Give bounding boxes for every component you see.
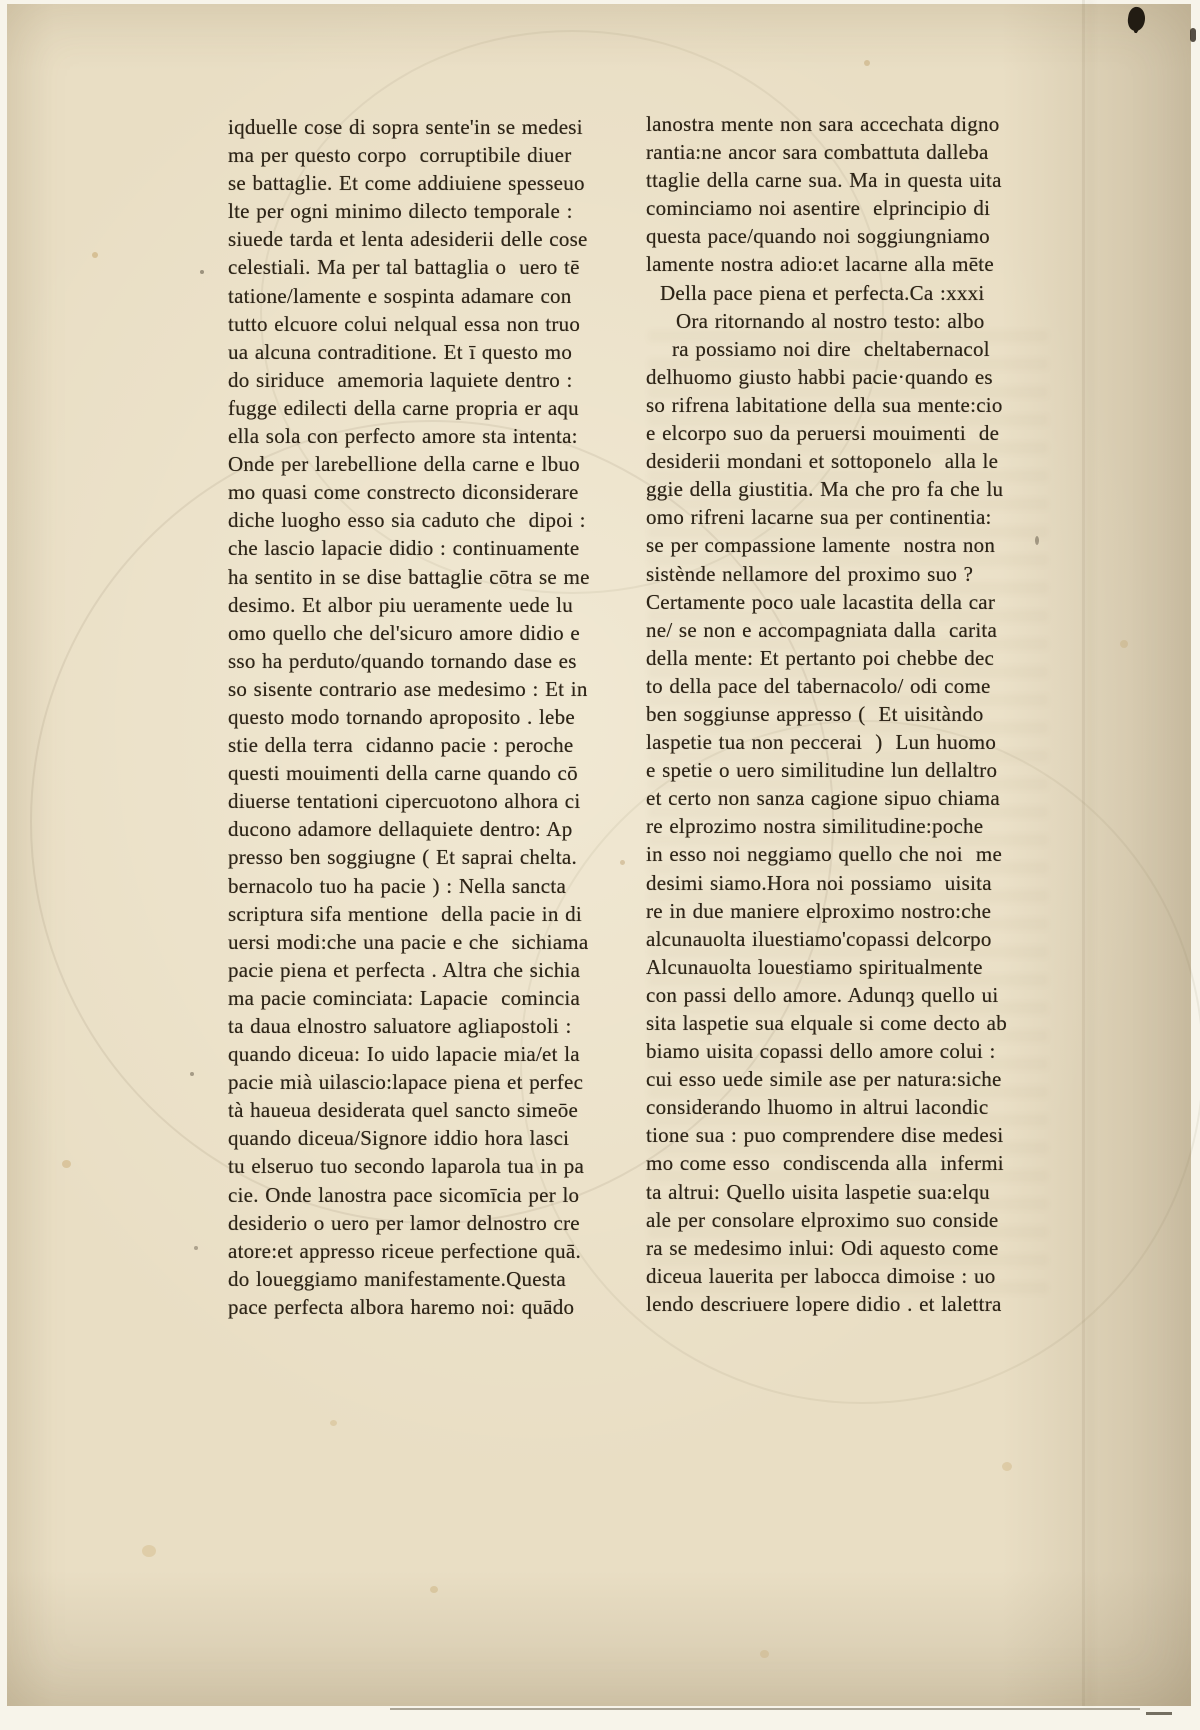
- left-column-line-15: diche luogho esso sia caduto che dipoi :: [228, 506, 640, 534]
- right-column-line-2: rantia:ne ancor sara combattuta dalleba: [646, 138, 1058, 166]
- right-column-line-33: sita laspetie sua elquale si come decto …: [646, 1009, 1058, 1037]
- left-column-line-2: ma per questo corpo corruptibile diuer: [228, 141, 640, 169]
- right-column-line-27: in esso noi neggiamo quello che noi me: [646, 840, 1058, 868]
- left-column-line-43: pace perfecta albora haremo noi: quādo: [228, 1293, 640, 1321]
- left-column-line-21: so sisente contrario ase medesimo : Et i…: [228, 675, 640, 703]
- left-column-line-30: uersi modi:che una pacie e che sichiama: [228, 928, 640, 956]
- right-column-line-41: ra se medesimo inlui: Odi aquesto come: [646, 1234, 1058, 1262]
- right-column-line-39: ta altrui: Quello uisita laspetie sua:el…: [646, 1178, 1058, 1206]
- right-column-line-23: laspetie tua non peccerai ) Lun huomo: [646, 728, 1058, 756]
- left-column-line-13: Onde per larebellione della carne e lbuo: [228, 450, 640, 478]
- right-column-line-37: tione sua : puo comprendere dise medesi: [646, 1121, 1058, 1149]
- right-column-line-36: considerando lhuomo in altrui lacondic: [646, 1093, 1058, 1121]
- text-column-right: lanostra mente non sara accechata dignor…: [646, 110, 1058, 1318]
- right-column-line-5: questa pace/quando noi soggiungniamo: [646, 222, 1058, 250]
- left-column-line-35: pacie mià uilascio:lapace piena et perfe…: [228, 1068, 640, 1096]
- right-column-line-12: e elcorpo suo da peruersi mouimenti de: [646, 419, 1058, 447]
- right-column-line-19: ne/ se non e accompagniata dalla carita: [646, 616, 1058, 644]
- right-column-line-11: so rifrena labitatione della sua mente:c…: [646, 391, 1058, 419]
- right-column-line-16: se per compassione lamente nostra non: [646, 531, 1058, 559]
- right-column-line-10: delhuomo giusto habbi pacie·quando es: [646, 363, 1058, 391]
- left-column-line-20: sso ha perduto/quando tornando dase es: [228, 647, 640, 675]
- right-column-line-40: ale per consolare elproximo suo conside: [646, 1206, 1058, 1234]
- left-column-line-14: mo quasi come constrecto diconsiderare: [228, 478, 640, 506]
- page-edge-mark: [1190, 28, 1196, 42]
- right-column-line-14: ggie della giustitia. Ma che pro fa che …: [646, 475, 1058, 503]
- left-column-line-11: fugge edilecti della carne propria er aq…: [228, 394, 640, 422]
- right-column-line-31: Alcunauolta louestiamo spiritualmente: [646, 953, 1058, 981]
- right-column-line-6: lamente nostra adio:et lacarne alla mēte: [646, 250, 1058, 278]
- right-column-line-43: lendo descriuere lopere didio . et lalet…: [646, 1290, 1058, 1318]
- left-column-line-10: do siriduce amemoria laquiete dentro :: [228, 366, 640, 394]
- left-column-line-16: che lascio lapacie didio : continuamente: [228, 534, 640, 562]
- left-column-line-6: celestiali. Ma per tal battaglia o uero …: [228, 253, 640, 281]
- right-column-line-24: e spetie o uero similitudine lun dellalt…: [646, 756, 1058, 784]
- left-column-line-33: ta daua elnostro saluatore agliapostoli …: [228, 1012, 640, 1040]
- right-column-line-8: Ora ritornando al nostro testo: albo: [646, 307, 1058, 335]
- left-column-line-38: tu elseruo tuo secondo laparola tua in p…: [228, 1152, 640, 1180]
- scanned-book-page: iqduelle cose di sopra sente'in se medes…: [0, 0, 1200, 1730]
- left-column-line-31: pacie piena et perfecta . Altra che sich…: [228, 956, 640, 984]
- right-column-line-38: mo come esso condiscenda alla infermi: [646, 1149, 1058, 1177]
- right-column-line-17: sistènde nellamore del proximo suo ?: [646, 560, 1058, 588]
- scan-bottom-dash: [1146, 1712, 1172, 1715]
- text-column-left: iqduelle cose di sopra sente'in se medes…: [228, 113, 640, 1321]
- right-column-line-25: et certo non sanza cagione sipuo chiama: [646, 784, 1058, 812]
- left-column-line-18: desimo. Et albor piu ueramente uede lu: [228, 591, 640, 619]
- left-column-line-4: lte per ogni minimo dilecto temporale :: [228, 197, 640, 225]
- right-column-line-7: Della pace piena et perfecta.Ca :xxxi: [646, 279, 1058, 307]
- left-column-line-27: presso ben soggiugne ( Et saprai chelta.: [228, 843, 640, 871]
- left-column-line-39: cie. Onde lanostra pace sicomīcia per lo: [228, 1181, 640, 1209]
- left-column-line-22: questo modo tornando aproposito . lebe: [228, 703, 640, 731]
- right-column-line-26: re elprozimo nostra similitudine:poche: [646, 812, 1058, 840]
- right-column-line-18: Certamente poco uale lacastita della car: [646, 588, 1058, 616]
- left-column-line-40: desiderio o uero per lamor delnostro cre: [228, 1209, 640, 1237]
- right-column-line-28: desimi siamo.Hora noi possiamo uisita: [646, 869, 1058, 897]
- left-column-line-5: siuede tarda et lenta adesiderii delle c…: [228, 225, 640, 253]
- right-column-line-9: ra possiamo noi dire cheltabernacol: [646, 335, 1058, 363]
- right-column-line-22: ben soggiunse appresso ( Et uisitàndo: [646, 700, 1058, 728]
- left-column-line-34: quando diceua: Io uido lapacie mia/et la: [228, 1040, 640, 1068]
- left-column-line-12: ella sola con perfecto amore sta intenta…: [228, 422, 640, 450]
- scan-bottom-line: [390, 1708, 1140, 1710]
- right-column-line-32: con passi dello amore. Adunqȝ quello ui: [646, 981, 1058, 1009]
- left-column-line-42: do loueggiamo manifestamente.Questa: [228, 1265, 640, 1293]
- right-column-line-1: lanostra mente non sara accechata digno: [646, 110, 1058, 138]
- right-column-line-20: della mente: Et pertanto poi chebbe dec: [646, 644, 1058, 672]
- right-column-line-13: desiderii mondani et sottoponelo alla le: [646, 447, 1058, 475]
- left-column-line-19: omo quello che del'sicuro amore didio e: [228, 619, 640, 647]
- left-column-line-23: stie della terra cidanno pacie : peroche: [228, 731, 640, 759]
- page-edge-shadow: [1082, 0, 1085, 1706]
- right-column-line-34: biamo uisita copassi dello amore colui :: [646, 1037, 1058, 1065]
- right-column-line-29: re in due maniere elproximo nostro:che: [646, 897, 1058, 925]
- right-column-line-42: diceua lauerita per labocca dimoise : uo: [646, 1262, 1058, 1290]
- right-column-line-15: omo rifreni lacarne sua per continentia:: [646, 503, 1058, 531]
- left-column-line-28: bernacolo tuo ha pacie ) : Nella sancta: [228, 872, 640, 900]
- left-column-line-24: questi mouimenti della carne quando cō: [228, 759, 640, 787]
- left-column-line-29: scriptura sifa mentione della pacie in d…: [228, 900, 640, 928]
- left-column-line-3: se battaglie. Et come addiuiene spesseuo: [228, 169, 640, 197]
- right-column-line-4: cominciamo noi asentire elprincipio di: [646, 194, 1058, 222]
- right-column-line-21: to della pace del tabernacolo/ odi come: [646, 672, 1058, 700]
- right-column-line-30: alcunauolta iluestiamo'copassi delcorpo: [646, 925, 1058, 953]
- left-column-line-26: ducono adamore dellaquiete dentro: Ap: [228, 815, 640, 843]
- right-column-line-35: cui esso uede simile ase per natura:sich…: [646, 1065, 1058, 1093]
- left-column-line-8: tutto elcuore colui nelqual essa non tru…: [228, 310, 640, 338]
- left-column-line-25: diuerse tentationi cipercuotono alhora c…: [228, 787, 640, 815]
- left-column-line-36: tà haueua desiderata quel sancto simeōe: [228, 1096, 640, 1124]
- left-column-line-32: ma pacie cominciata: Lapacie comincia: [228, 984, 640, 1012]
- left-column-line-7: tatione/lamente e sospinta adamare con: [228, 282, 640, 310]
- left-column-line-17: ha sentito in se dise battaglie cōtra se…: [228, 563, 640, 591]
- left-column-line-41: atore:et appresso riceue perfectione quā…: [228, 1237, 640, 1265]
- right-column-line-3: ttaglie della carne sua. Ma in questa ui…: [646, 166, 1058, 194]
- left-column-line-1: iqduelle cose di sopra sente'in se medes…: [228, 113, 640, 141]
- left-column-line-37: quando diceua/Signore iddio hora lasci: [228, 1124, 640, 1152]
- left-column-line-9: ua alcuna contraditione. Et ī questo mo: [228, 338, 640, 366]
